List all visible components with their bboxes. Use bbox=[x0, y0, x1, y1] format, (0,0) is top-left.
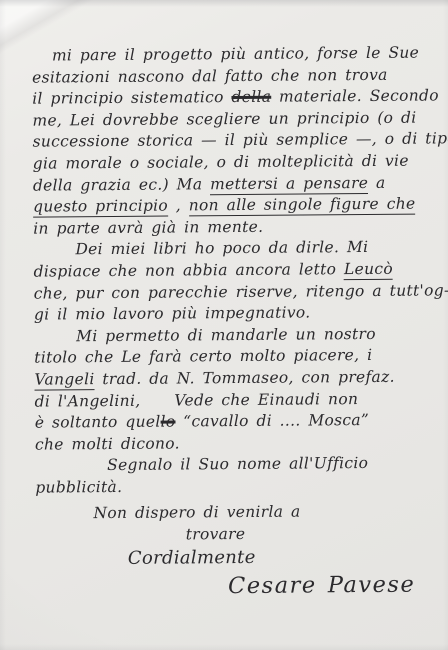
letter-line: esitazioni nascono dal fatto che non tro… bbox=[32, 64, 440, 89]
letter-text: a bbox=[368, 173, 385, 191]
letter-text: trad. da N. Tommaseo, con prefaz. bbox=[94, 368, 394, 388]
letter-line: me, Lei dovrebbe scegliere un principio … bbox=[32, 107, 440, 132]
letter-text: in parte avrà già in mente. bbox=[33, 218, 263, 238]
letter-text: Vede che Einaudi non bbox=[174, 390, 358, 409]
letter-text: di l'Angelini, bbox=[35, 391, 141, 410]
struck-text: lo bbox=[161, 413, 176, 431]
underlined-text: Leucò bbox=[344, 260, 393, 280]
letter-line: questo principio , non alle singole figu… bbox=[33, 194, 441, 219]
letter-text: esitazioni nascono dal fatto che non tro… bbox=[32, 65, 388, 86]
letter-line: Vangeli trad. da N. Tommaseo, con prefaz… bbox=[34, 366, 442, 391]
letter-line: gia morale o sociale, o di molteplicità … bbox=[33, 150, 441, 175]
letter-text: mi pare il progetto più antico, forse le… bbox=[52, 44, 419, 65]
letter-text: della grazia ec.) Ma bbox=[33, 175, 210, 194]
underlined-text: mettersi a pensare bbox=[210, 174, 368, 195]
letter-text: che molti dicono. bbox=[35, 434, 180, 453]
letter-text: Mi permetto di mandarle un nostro bbox=[76, 325, 376, 345]
letter-line: il principio sistematico della materiale… bbox=[32, 86, 440, 111]
letter-text: che, pur con parecchie riserve, ritengo … bbox=[34, 281, 448, 302]
letter-text: Cesare Pavese bbox=[228, 571, 415, 598]
letter-line: mi pare il progetto più antico, forse le… bbox=[32, 42, 440, 67]
letter-line: successione storica — il più semplice —,… bbox=[32, 129, 440, 154]
letter-line: dispiace che non abbia ancora letto Leuc… bbox=[34, 258, 442, 283]
letter-text: titolo che Le farà certo molto piacere, … bbox=[34, 346, 372, 367]
underlined-text: non alle singole figure che bbox=[189, 195, 416, 217]
letter-text: è soltanto quel bbox=[35, 413, 161, 432]
letter-text: il principio sistematico bbox=[32, 88, 231, 108]
letter-page: mi pare il progetto più antico, forse le… bbox=[0, 0, 448, 650]
letter-line: pubblicità. bbox=[35, 474, 443, 499]
letter-text: materiale. Secondo bbox=[271, 87, 439, 106]
letter-text: successione storica — il più semplice —,… bbox=[33, 129, 448, 150]
letter-text: gi il mio lavoro più impegnativo. bbox=[34, 304, 311, 324]
struck-text: della bbox=[231, 88, 271, 106]
letter-line: che, pur con parecchie riserve, ritengo … bbox=[34, 280, 442, 305]
letter-text: gia morale o sociale, o di molteplicità … bbox=[33, 152, 409, 173]
letter-body: mi pare il progetto più antico, forse le… bbox=[32, 42, 444, 602]
letter-text: dispiace che non abbia ancora letto bbox=[34, 260, 345, 280]
letter-text: me, Lei dovrebbe scegliere un principio … bbox=[32, 108, 416, 129]
letter-text: Segnalo il Suo nome all'Ufficio bbox=[107, 454, 368, 474]
letter-line: Cordialmente bbox=[36, 544, 444, 570]
letter-text: Dei miei libri ho poco da dirle. Mi bbox=[75, 238, 368, 258]
signature-line: Cesare Pavese bbox=[36, 569, 444, 602]
letter-text: Non dispero di venirla a bbox=[93, 503, 300, 523]
letter-text: , bbox=[168, 197, 189, 215]
letter-text: trovare bbox=[186, 525, 246, 543]
letter-text: pubblicità. bbox=[35, 478, 122, 497]
underlined-text: questo principio bbox=[33, 197, 168, 218]
letter-text: Cordialmente bbox=[128, 547, 256, 569]
letter-text: “cavallo di .... Mosca” bbox=[175, 411, 369, 431]
underlined-text: Vangeli bbox=[34, 370, 94, 390]
